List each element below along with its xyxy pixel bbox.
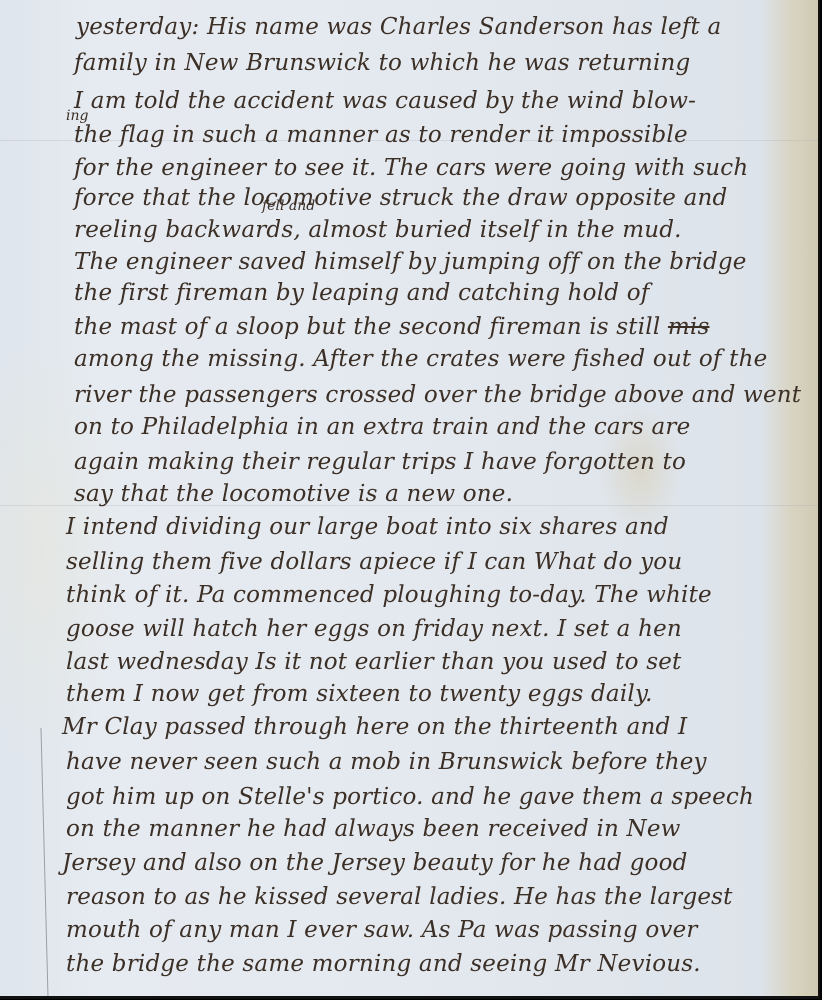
letter-line: last wednesday Is it not earlier than yo… (66, 649, 681, 675)
letter-line: the flag in such a manner as to render i… (74, 122, 688, 148)
letter-line: The engineer saved himself by jumping of… (74, 249, 747, 275)
letter-line: on to Philadelphia in an extra train and… (74, 414, 690, 440)
letter-line: mouth of any man I ever saw. As Pa was p… (66, 917, 698, 943)
letter-line: for the engineer to see it. The cars wer… (74, 155, 748, 181)
letter-line: again making their regular trips I have … (74, 449, 686, 475)
line-text: the mast of a sloop but the second firem… (74, 314, 660, 340)
letter-line: them I now get from sixteen to twenty eg… (66, 681, 653, 707)
letter-line: on the manner he had always been receive… (66, 816, 681, 842)
letter-line: I intend dividing our large boat into si… (66, 514, 669, 540)
margin-line (40, 728, 48, 998)
letter-line: reeling backwards, almost buried itself … (74, 217, 682, 243)
letter-line: family in New Brunswick to which he was … (74, 50, 690, 76)
letter-line: got him up on Stelle's portico. and he g… (66, 784, 754, 810)
letter-line: the mast of a sloop but the second firem… (74, 314, 710, 340)
letter-line: river the passengers crossed over the br… (74, 382, 801, 408)
letter-line: the bridge the same morning and seeing M… (66, 951, 701, 977)
letter-line: Mr Clay passed through here on the thirt… (62, 714, 687, 740)
letter-line: say that the locomotive is a new one. (74, 481, 513, 507)
letter-line: have never seen such a mob in Brunswick … (66, 749, 707, 775)
letter-page: yesterday: His name was Charles Sanderso… (0, 0, 820, 999)
struck-word: mis (668, 314, 710, 340)
letter-line: selling them five dollars apiece if I ca… (66, 549, 682, 575)
letter-line: among the missing. After the crates were… (74, 346, 767, 372)
letter-line: goose will hatch her eggs on friday next… (66, 616, 682, 642)
insertion-fell-and: fell and (262, 198, 315, 214)
letter-line: Jersey and also on the Jersey beauty for… (62, 850, 688, 876)
letter-line: yesterday: His name was Charles Sanderso… (76, 14, 721, 40)
letter-line: force that the locomotive struck the dra… (74, 185, 727, 211)
letter-line: I am told the accident was caused by the… (74, 88, 696, 114)
letter-line: think of it. Pa commenced ploughing to-d… (66, 582, 712, 608)
letter-line: the first fireman by leaping and catchin… (74, 280, 649, 306)
letter-line: reason to as he kissed several ladies. H… (66, 884, 733, 910)
